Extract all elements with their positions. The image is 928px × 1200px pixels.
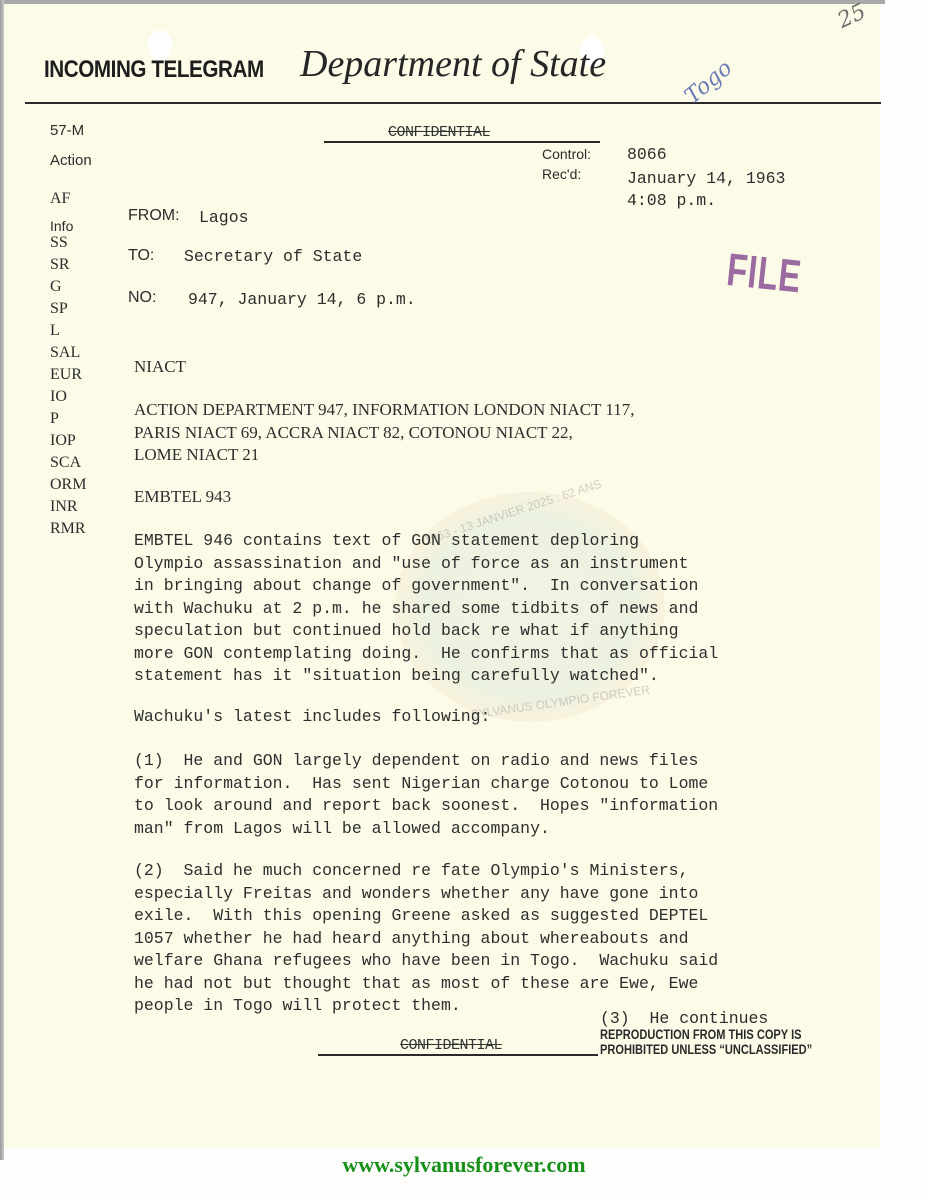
info-office: EUR xyxy=(50,366,82,384)
received-label: Rec'd: xyxy=(542,166,581,182)
department-title: Department of State xyxy=(300,42,606,86)
file-stamp: FILE xyxy=(724,242,804,304)
item-2: (2) Said he much concerned re fate Olymp… xyxy=(134,860,718,1018)
item-line: welfare Ghana refugees who have been in … xyxy=(134,950,718,973)
info-office: IO xyxy=(50,388,67,406)
paragraph-line: EMBTEL 946 contains text of GON statemen… xyxy=(134,530,718,553)
paragraph-line: more GON contemplating doing. He confirm… xyxy=(134,643,718,666)
from-label: FROM: xyxy=(128,207,180,225)
info-office: SR xyxy=(50,256,70,274)
info-office: INR xyxy=(50,498,78,516)
paragraph-1: EMBTEL 946 contains text of GON statemen… xyxy=(134,530,718,688)
reference: EMBTEL 943 xyxy=(134,486,231,509)
item-line: 1057 whether he had heard anything about… xyxy=(134,928,718,951)
control-number: 8066 xyxy=(627,145,667,164)
classification-rule-bottom xyxy=(318,1054,598,1056)
form-title: INCOMING TELEGRAM xyxy=(44,56,264,84)
from-value: Lagos xyxy=(199,208,249,227)
distribution-line: ACTION DEPARTMENT 947, INFORMATION LONDO… xyxy=(134,399,635,422)
info-office: RMR xyxy=(50,520,86,538)
to-value: Secretary of State xyxy=(184,247,362,266)
header-divider xyxy=(25,102,881,104)
classification-rule-top xyxy=(324,141,600,143)
control-label: Control: xyxy=(542,146,591,162)
item-line: (1) He and GON largely dependent on radi… xyxy=(134,750,718,773)
info-office: L xyxy=(50,322,60,340)
info-office: G xyxy=(50,278,62,296)
item-line: man" from Lagos will be allowed accompan… xyxy=(134,818,718,841)
item-1: (1) He and GON largely dependent on radi… xyxy=(134,750,718,840)
received-time: 4:08 p.m. xyxy=(627,191,716,210)
received-date: January 14, 1963 xyxy=(627,169,785,188)
distribution-line: PARIS NIACT 69, ACCRA NIACT 82, COTONOU … xyxy=(134,422,635,445)
item-line: he had not but thought that as most of t… xyxy=(134,973,718,996)
reproduction-notice-line: REPRODUCTION FROM THIS COPY IS xyxy=(600,1027,812,1042)
info-office: SAL xyxy=(50,344,80,362)
action-label: Action xyxy=(50,152,92,169)
reproduction-notice: REPRODUCTION FROM THIS COPY IS PROHIBITE… xyxy=(600,1027,812,1057)
paragraph-line: Olympio assassination and "use of force … xyxy=(134,553,718,576)
item-line: (2) Said he much concerned re fate Olymp… xyxy=(134,860,718,883)
reference-text: EMBTEL 943 xyxy=(134,486,231,509)
item-line: especially Freitas and wonders whether a… xyxy=(134,883,718,906)
info-office: SCA xyxy=(50,454,81,472)
info-office: P xyxy=(50,410,59,428)
paragraph-line: statement has it "situation being carefu… xyxy=(134,665,718,688)
paragraph-line: with Wachuku at 2 p.m. he shared some ti… xyxy=(134,598,718,621)
classification-bottom: CONFIDENTIAL xyxy=(400,1037,502,1054)
no-label: NO: xyxy=(128,289,156,307)
paragraph-line: in bringing about change of government".… xyxy=(134,575,718,598)
precedence-text: NIACT xyxy=(134,356,186,379)
distribution-line: LOME NIACT 21 xyxy=(134,444,635,467)
action-office: AF xyxy=(50,190,70,208)
to-label: TO: xyxy=(128,247,154,265)
info-office: SS xyxy=(50,234,68,252)
no-value: 947, January 14, 6 p.m. xyxy=(188,290,416,309)
website-link[interactable]: www.sylvanusforever.com xyxy=(0,1152,928,1178)
reproduction-notice-line: PROHIBITED UNLESS “UNCLASSIFIED” xyxy=(600,1042,812,1057)
classification-top: CONFIDENTIAL xyxy=(388,124,490,141)
info-office: SP xyxy=(50,300,68,318)
item-line: for information. Has sent Nigerian charg… xyxy=(134,773,718,796)
item-line: exile. With this opening Greene asked as… xyxy=(134,905,718,928)
list-intro-text: Wachuku's latest includes following: xyxy=(134,706,490,729)
list-intro: Wachuku's latest includes following: xyxy=(134,706,490,729)
item-line: to look around and report back soonest. … xyxy=(134,795,718,818)
distribution-block: ACTION DEPARTMENT 947, INFORMATION LONDO… xyxy=(134,399,635,467)
info-office: IOP xyxy=(50,432,76,450)
routing-code: 57-M xyxy=(50,122,84,139)
paragraph-line: speculation but continued hold back re w… xyxy=(134,620,718,643)
precedence: NIACT xyxy=(134,356,186,379)
info-office: ORM xyxy=(50,476,86,494)
continuation-note: (3) He continues xyxy=(600,1009,768,1028)
info-label: Info xyxy=(50,218,73,234)
